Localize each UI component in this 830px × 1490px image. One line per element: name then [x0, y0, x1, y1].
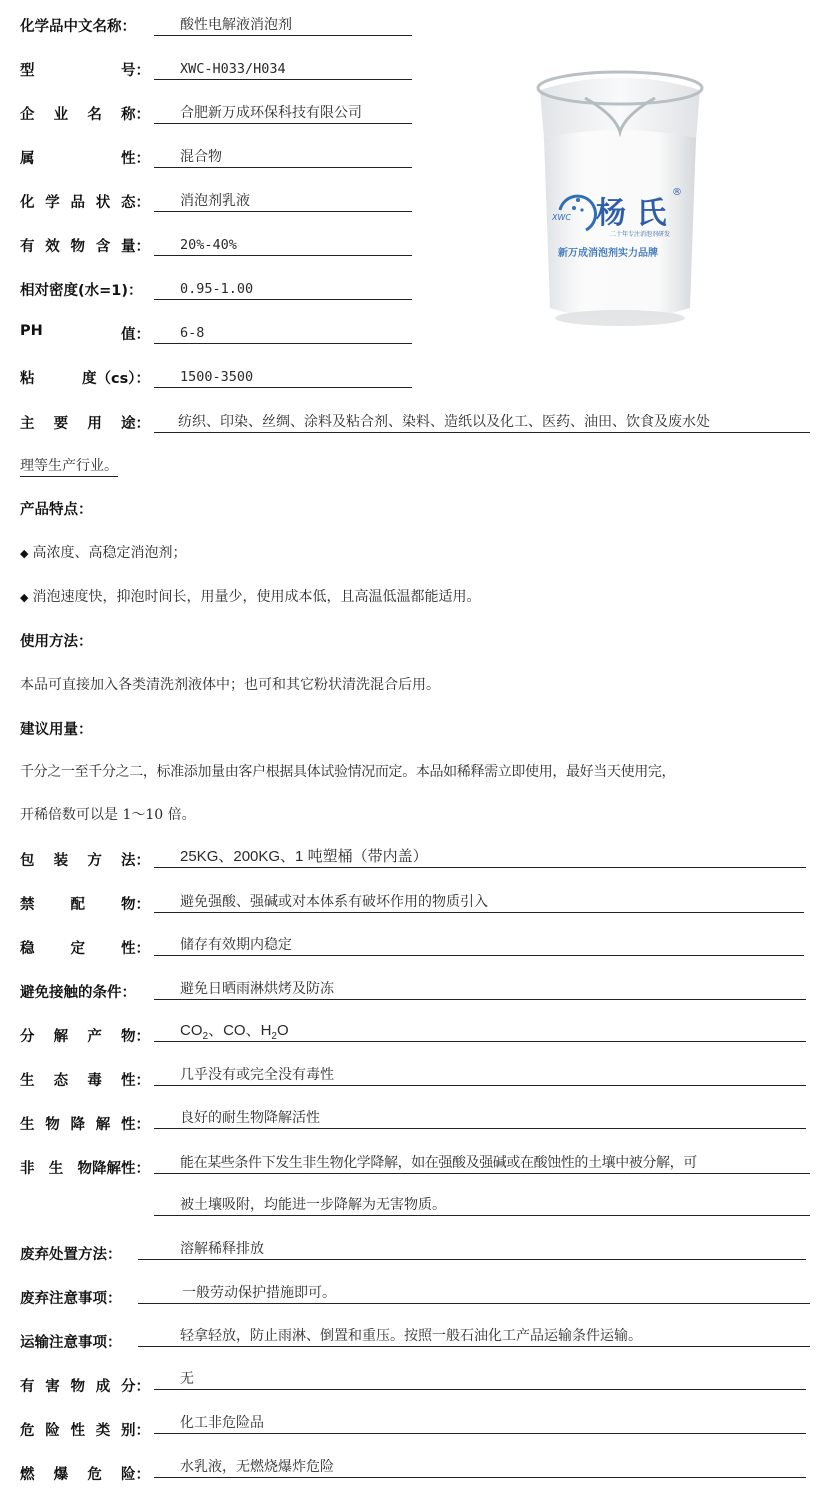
label-char: 含 [96, 235, 111, 256]
field-label: 燃爆危险： [20, 1463, 150, 1484]
label-char: 物降解性： [78, 1157, 151, 1178]
registered-mark: ® [672, 187, 682, 198]
field-value-packaging: 25KG、200KG、1 吨塑桶（带内盖） [154, 848, 806, 868]
label-char: 生 [20, 1113, 35, 1134]
field-value-company: 合肥新万成环保科技有限公司 [154, 104, 412, 124]
label-char: 学 [45, 191, 60, 212]
label-char: PH [20, 323, 43, 344]
field-label: 有效物含量： [20, 235, 150, 256]
label-char: 用 [87, 412, 102, 433]
section-title-dosage: 建议用量： [20, 718, 93, 739]
field-row-hazardous-components: 有害物成分： [20, 1372, 150, 1396]
field-label: 避免接触的条件： [20, 981, 150, 1002]
field-label: 废弃处置方法： [20, 1243, 150, 1264]
label-char: 解 [54, 1025, 69, 1046]
label-char: 法： [121, 849, 150, 870]
label-char: 态： [121, 191, 150, 212]
field-value-active-content: 20%-40% [154, 236, 412, 256]
field-row-ph: PH值： [20, 320, 150, 344]
usage-text: 本品可直接加入各类清洗剂液体中；也可和其它粉状清洗混合后用。 [20, 674, 440, 694]
label-char: 物 [71, 235, 86, 256]
brand-sub: 二十年专注消泡剂研发 [610, 230, 670, 238]
field-row-active-content: 有效物含量： [20, 232, 150, 256]
label-text: 化学品中文名称： [20, 15, 136, 36]
label-char: 型 [20, 59, 35, 80]
field-row-viscosity: 粘度（cs）： [20, 364, 150, 388]
label-char: 企 [20, 103, 35, 124]
label-char: 性： [121, 147, 150, 168]
label-char: 解 [96, 1113, 111, 1134]
field-label: 生物降解性： [20, 1113, 150, 1134]
field-label: 化学品中文名称： [20, 15, 150, 36]
field-label: 稳定性： [20, 937, 150, 958]
label-char: 包 [20, 849, 35, 870]
field-row-company: 企业名称： [20, 100, 150, 124]
label-char: 稳 [20, 937, 35, 958]
label-text: 运输注意事项： [20, 1331, 122, 1352]
label-char: 物： [121, 893, 150, 914]
label-char: 值： [121, 323, 150, 344]
feature-text: 高浓度、高稳定消泡剂； [32, 545, 186, 561]
label-char: 险： [121, 1463, 150, 1484]
label-char: 成 [96, 1375, 111, 1396]
formula-part: O [277, 1022, 289, 1039]
field-label: 相对密度(水=1)： [20, 279, 150, 300]
label-char: 性： [121, 1069, 150, 1090]
label-char: 名 [87, 103, 102, 124]
label-char: 别： [121, 1419, 150, 1440]
field-value-disposal-notes: 一般劳动保护措施即可。 [138, 1284, 810, 1304]
label-char: 爆 [54, 1463, 69, 1484]
formula-part: 、CO、H [208, 1022, 271, 1039]
label-char: 禁 [20, 893, 35, 914]
field-value-hazard-class: 化工非危险品 [154, 1414, 806, 1434]
label-char: 配 [71, 893, 86, 914]
label-char: 效 [45, 235, 60, 256]
beaker-illustration: XWC 杨 氏 ® 二十年专注消泡剂研发 新万成消泡剂实力品牌 [530, 60, 710, 335]
label-char: 化 [20, 191, 35, 212]
field-row-attribute: 属性： [20, 144, 150, 168]
field-label: 型号： [20, 59, 150, 80]
field-value-decomposition: CO2、CO、H2O [154, 1022, 806, 1042]
field-value-biodegradability: 良好的耐生物降解活性 [154, 1109, 806, 1129]
label-text: 避免接触的条件： [20, 981, 136, 1002]
label-text: 废弃注意事项： [20, 1287, 122, 1308]
field-value-main-use-line1: 纺织、印染、丝绸、涂料及粘合剂、染料、造纸以及化工、医药、油田、饮食及废水处 [154, 413, 810, 433]
label-char: 称： [121, 103, 150, 124]
field-label: 禁配物： [20, 893, 150, 914]
field-value-attribute: 混合物 [154, 148, 412, 168]
field-row-decomposition: 分解产物： [20, 1022, 150, 1046]
field-row-abiotic-degradation: 非生物降解性： [20, 1154, 150, 1178]
field-value-stability: 储存有效期内稳定 [154, 936, 804, 956]
label-char: 有 [20, 235, 35, 256]
label-char: 状 [96, 191, 111, 212]
feature-text: 消泡速度快，抑泡时间长，用量少，使用成本低，且高温低温都能适用。 [32, 589, 480, 605]
field-row-packaging: 包装方法： [20, 846, 150, 870]
diamond-bullet-icon: ◆ [20, 591, 28, 604]
dosage-text-line2: 开稀倍数可以是 1～10 倍。 [20, 804, 196, 824]
field-row-state: 化学品状态： [20, 188, 150, 212]
field-row-disposal-method: 废弃处置方法： [20, 1240, 150, 1264]
field-value-abiotic-degradation-line2: 被土壤吸附，均能进一步降解为无害物质。 [154, 1196, 810, 1216]
feature-item: ◆消泡速度快，抑泡时间长，用量少，使用成本低，且高温低温都能适用。 [20, 586, 480, 606]
field-row-ecotoxicity: 生态毒性： [20, 1066, 150, 1090]
label-char: 危 [20, 1419, 35, 1440]
label-char: 性： [121, 937, 150, 958]
label-char: 物 [71, 1375, 86, 1396]
label-char: 性 [71, 1419, 86, 1440]
label-char: 产 [87, 1025, 102, 1046]
label-char: 度（cs）： [82, 367, 150, 388]
field-value-ecotoxicity: 几乎没有或完全没有毒性 [154, 1066, 806, 1086]
label-char: 害 [45, 1375, 60, 1396]
field-label: PH值： [20, 323, 150, 344]
logo-text: XWC [551, 213, 571, 222]
field-value-abiotic-degradation-line1: 能在某些条件下发生非生物化学降解，如在强酸及强碱或在酸蚀性的土壤中被分解，可 [154, 1154, 810, 1174]
section-title-usage: 使用方法： [20, 630, 93, 651]
field-row-model: 型号： [20, 56, 150, 80]
field-label: 非生物降解性： [20, 1157, 150, 1178]
label-char: 非 [20, 1157, 35, 1178]
field-value-avoid-conditions: 避免日晒雨淋烘烤及防冻 [154, 980, 806, 1000]
label-char: 号： [121, 59, 150, 80]
section-title-features: 产品特点： [20, 498, 93, 519]
field-value-explosion-hazard: 水乳液，无燃烧爆炸危险 [154, 1458, 806, 1478]
slogan: 新万成消泡剂实力品牌 [558, 246, 658, 259]
field-value-density: 0.95-1.00 [154, 280, 412, 300]
label-char: 态 [54, 1069, 69, 1090]
label-char: 毒 [87, 1069, 102, 1090]
formula-part: CO [180, 1022, 203, 1039]
label-char: 生 [20, 1069, 35, 1090]
diamond-bullet-icon: ◆ [20, 547, 28, 560]
label-char: 粘 [20, 367, 35, 388]
field-row-density: 相对密度(水=1)： [20, 276, 150, 300]
label-char: 主 [20, 412, 35, 433]
dosage-text-line1: 千分之一至千分之二，标准添加量由客户根据具体试验情况而定。本品如稀释需立即使用，… [20, 761, 675, 781]
field-label: 生态毒性： [20, 1069, 150, 1090]
label-char: 途： [121, 412, 150, 433]
brand-name: 杨 氏 [596, 196, 667, 231]
field-row-avoid-conditions: 避免接触的条件： [20, 978, 150, 1002]
field-label: 化学品状态： [20, 191, 150, 212]
field-label: 企业名称： [20, 103, 150, 124]
label-char: 物 [45, 1113, 60, 1134]
label-char: 性： [121, 1113, 150, 1134]
field-row-main-use: 主要用途： [20, 409, 150, 433]
label-char: 险 [45, 1419, 60, 1440]
field-row-stability: 稳定性： [20, 934, 150, 958]
label-char: 品 [71, 191, 86, 212]
field-row-incompatible: 禁配物： [20, 890, 150, 914]
field-value-transport-notes: 轻拿轻放，防止雨淋、倒置和重压。按照一般石油化工产品运输条件运输。 [138, 1327, 810, 1347]
label-char: 业 [54, 103, 69, 124]
field-value-main-use-line2: 理等生产行业。 [20, 456, 118, 477]
field-value-viscosity: 1500-3500 [154, 368, 412, 388]
field-value-disposal-method: 溶解稀释排放 [138, 1240, 806, 1260]
field-value-model: XWC-H033/H034 [154, 60, 412, 80]
field-label: 包装方法： [20, 849, 150, 870]
label-char: 量： [121, 235, 150, 256]
label-char: 要 [54, 412, 69, 433]
label-char: 危 [87, 1463, 102, 1484]
field-value-incompatible: 避免强酸、强碱或对本体系有破坏作用的物质引入 [154, 893, 804, 913]
field-value-hazardous-components: 无 [154, 1370, 806, 1390]
field-row-hazard-class: 危险性类别： [20, 1416, 150, 1440]
field-label: 危险性类别： [20, 1419, 150, 1440]
label-text: 废弃处置方法： [20, 1243, 122, 1264]
label-char: 方 [87, 849, 102, 870]
field-row-chinese-name: 化学品中文名称： [20, 12, 150, 36]
label-char: 有 [20, 1375, 35, 1396]
label-char: 类 [96, 1419, 111, 1440]
field-row-disposal-notes: 废弃注意事项： [20, 1284, 150, 1308]
field-label: 主要用途： [20, 412, 150, 433]
label-char: 生 [49, 1157, 64, 1178]
label-char: 分 [20, 1025, 35, 1046]
field-label: 有害物成分： [20, 1375, 150, 1396]
label-char: 定 [71, 937, 86, 958]
field-label: 分解产物： [20, 1025, 150, 1046]
label-char: 分： [121, 1375, 150, 1396]
label-char: 物： [121, 1025, 150, 1046]
field-value-state: 消泡剂乳液 [154, 192, 412, 212]
label-char: 降 [71, 1113, 86, 1134]
field-row-transport-notes: 运输注意事项： [20, 1328, 150, 1352]
label-char: 燃 [20, 1463, 35, 1484]
label-text: 相对密度(水=1)： [20, 279, 143, 300]
label-char: 属 [20, 147, 35, 168]
field-value-chinese-name: 酸性电解液消泡剂 [154, 16, 412, 36]
field-row-biodegradability: 生物降解性： [20, 1110, 150, 1134]
label-char: 装 [54, 849, 69, 870]
feature-item: ◆高浓度、高稳定消泡剂； [20, 542, 186, 562]
field-label: 属性： [20, 147, 150, 168]
product-image-beaker: XWC 杨 氏 ® 二十年专注消泡剂研发 新万成消泡剂实力品牌 [530, 60, 710, 335]
field-label: 粘度（cs）： [20, 367, 150, 388]
field-value-ph: 6-8 [154, 324, 412, 344]
field-row-explosion-hazard: 燃爆危险： [20, 1460, 150, 1484]
field-label: 废弃注意事项： [20, 1287, 150, 1308]
field-label: 运输注意事项： [20, 1331, 150, 1352]
